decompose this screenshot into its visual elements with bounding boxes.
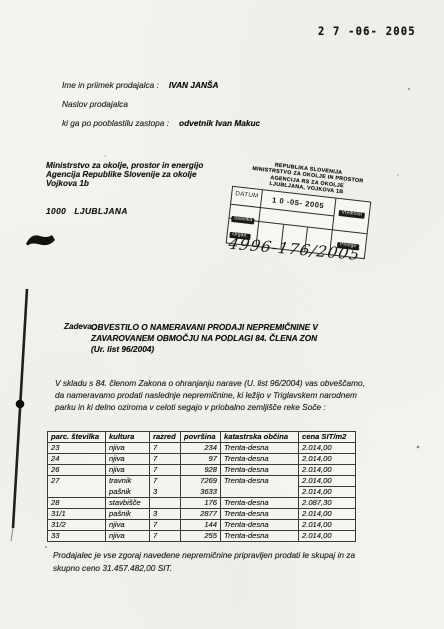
table-cell: 2.014,00 [299, 531, 356, 542]
incoming-mail-stamp: REPUBLIKA SLOVENIJA MINISTRSTVO ZA OKOLJ… [218, 157, 391, 261]
table-cell: pašnik [106, 487, 150, 498]
table-cell: 3 [150, 509, 181, 520]
document-page: 2 7 -06- 2005 Ime in priimek prodajalca … [0, 0, 444, 629]
diagonal-scratch-tail [11, 528, 13, 541]
scratch-dot-artifact [16, 400, 25, 409]
table-cell: Trenta-desna [221, 520, 299, 531]
parcel-table: parc. številkakulturarazredpovršinakatas… [47, 431, 356, 542]
table-row: 33njiva7255Trenta-desna2.014,00 [48, 531, 356, 542]
table-cell: Trenta-desna [221, 509, 299, 520]
table-cell: Trenta-desna [221, 531, 299, 542]
closing-line1: Prodajalec je vse zgoraj navedene neprem… [53, 549, 355, 562]
column-header: parc. številka [48, 432, 106, 443]
seller-name-value: IVAN JANŠA [169, 80, 219, 90]
body-line1: V skladu s 84. členom Zakona o ohranjanj… [55, 378, 365, 390]
table-cell: njiva [106, 520, 150, 531]
table-cell: 2.014,00 [299, 476, 356, 487]
table-cell: Trenta-desna [221, 465, 299, 476]
seller-address-row: Naslov prodajalca [62, 99, 128, 109]
table-cell: 2.087,30 [299, 498, 356, 509]
table-cell: 928 [181, 465, 221, 476]
table-cell: 7269 [181, 476, 221, 487]
table-cell: njiva [106, 531, 150, 542]
table-cell: 33 [48, 531, 106, 542]
table-cell: 31/2 [48, 520, 106, 531]
table-cell: 28 [48, 498, 106, 509]
table-cell: 3 [150, 487, 181, 498]
column-header: katastrska občina [221, 432, 299, 443]
table-cell: 7 [150, 476, 181, 487]
table-cell: 97 [181, 454, 221, 465]
stamp-grid: DATUM 1 0 -05- 2005 Vrednost Številka Or… [226, 186, 372, 259]
table-row: 27travnik77269Trenta-desna2.014,00 [48, 476, 356, 487]
column-header: cena SIT/m2 [299, 432, 356, 443]
speck4 [397, 174, 399, 176]
body-paragraph: V skladu s 84. členom Zakona o ohranjanj… [55, 378, 365, 413]
table-cell: 144 [181, 520, 221, 531]
subject-line1: OBVESTILO O NAMERAVANI PRODAJI NEPREMIČN… [91, 322, 318, 332]
table-cell: Trenta-desna [221, 498, 299, 509]
table-cell: 26 [48, 465, 106, 476]
table-cell: 2877 [181, 509, 221, 520]
diagonal-scratch-artifact [13, 289, 27, 528]
recipient-city: 1000 LJUBLJANA [46, 206, 128, 216]
table-cell: Trenta-desna [221, 443, 299, 454]
table-cell: 24 [48, 454, 106, 465]
table-header-row: parc. številkakulturarazredpovršinakatas… [48, 432, 356, 443]
speck5 [104, 155, 106, 157]
table-cell: 7 [150, 465, 181, 476]
table-cell: 2.014,00 [299, 520, 356, 531]
table-cell: Trenta-desna [221, 476, 299, 487]
seller-representative-row: ki ga po pooblastilu zastopa :odvetnik I… [62, 118, 260, 128]
table-row: 26njiva7928Trenta-desna2.014,00 [48, 465, 356, 476]
table-cell: 27 [48, 476, 106, 487]
closing-line2: skupno ceno 31.457.482,00 SIT. [53, 562, 355, 575]
table-cell: 234 [181, 443, 221, 454]
subject-line3: (Ur. list 96/2004) [91, 344, 154, 354]
table-cell: 2.014,00 [299, 443, 356, 454]
stamp-vrednost-label: Vrednost [339, 210, 365, 219]
representative-value: odvetnik Ivan Makuc [179, 118, 260, 128]
seller-address-label: Naslov prodajalca [62, 99, 128, 109]
table-cell: 31/1 [48, 509, 106, 520]
table-row: 31/1pašnik32877Trenta-desna2.014,00 [48, 509, 356, 520]
table-cell: njiva [106, 443, 150, 454]
table-row: 24njiva797Trenta-desna2.014,00 [48, 454, 356, 465]
table-cell: travnik [106, 476, 150, 487]
closing-paragraph: Prodajalec je vse zgoraj navedene neprem… [53, 549, 355, 574]
table-cell: Trenta-desna [221, 454, 299, 465]
table-body: 23njiva7234Trenta-desna2.014,0024njiva79… [48, 443, 356, 542]
seller-name-label: Ime in priimek prodajalca : [62, 80, 159, 90]
ink-blob-artifact [26, 235, 55, 246]
column-header: kultura [106, 432, 150, 443]
subject-line2: ZAVAROVANEM OBMOČJU NA PODLAGI 84. ČLENA… [91, 333, 317, 343]
body-line3: parku in ki delno oziroma v celoti segaj… [55, 402, 365, 414]
table-cell: 7 [150, 454, 181, 465]
table-row: 23njiva7234Trenta-desna2.014,00 [48, 443, 356, 454]
recipient-address: Ministrstvo za okolje, prostor in energi… [46, 162, 203, 189]
table-cell: 23 [48, 443, 106, 454]
speck3 [45, 546, 47, 548]
table-cell: 7 [150, 520, 181, 531]
table-row: pašnik336332.014,00 [48, 487, 356, 498]
table-row: 31/2njiva7144Trenta-desna2.014,00 [48, 520, 356, 531]
speck1 [408, 88, 410, 90]
table-cell: pašnik [106, 509, 150, 520]
table-cell [221, 487, 299, 498]
body-line2: da nameravamo prodati naslednje nepremič… [55, 390, 365, 402]
table-cell: 2.014,00 [299, 454, 356, 465]
table-cell: 2.014,00 [299, 509, 356, 520]
table-row: 28stavbišče176Trenta-desna2.087,30 [48, 498, 356, 509]
received-date-stamp: 2 7 -06- 2005 [318, 26, 416, 39]
table-cell: 255 [181, 531, 221, 542]
seller-name-row: Ime in priimek prodajalca :IVAN JANŠA [62, 80, 218, 90]
table-cell: 3633 [181, 487, 221, 498]
table-cell [48, 487, 106, 498]
table-cell: 2.014,00 [299, 487, 356, 498]
table-cell: njiva [106, 454, 150, 465]
table-cell [150, 498, 181, 509]
table-cell: stavbišče [106, 498, 150, 509]
representative-label: ki ga po pooblastilu zastopa : [62, 118, 169, 128]
speck2 [417, 446, 420, 449]
recipient-line3: Vojkova 1b [46, 180, 203, 189]
table-cell: njiva [106, 465, 150, 476]
table-cell: 7 [150, 531, 181, 542]
stamp-vrednost-cell: Vrednost [333, 199, 370, 235]
table-cell: 2.014,00 [299, 465, 356, 476]
column-header: površina [181, 432, 221, 443]
table-cell: 176 [181, 498, 221, 509]
column-header: razred [150, 432, 181, 443]
table-cell: 7 [150, 443, 181, 454]
